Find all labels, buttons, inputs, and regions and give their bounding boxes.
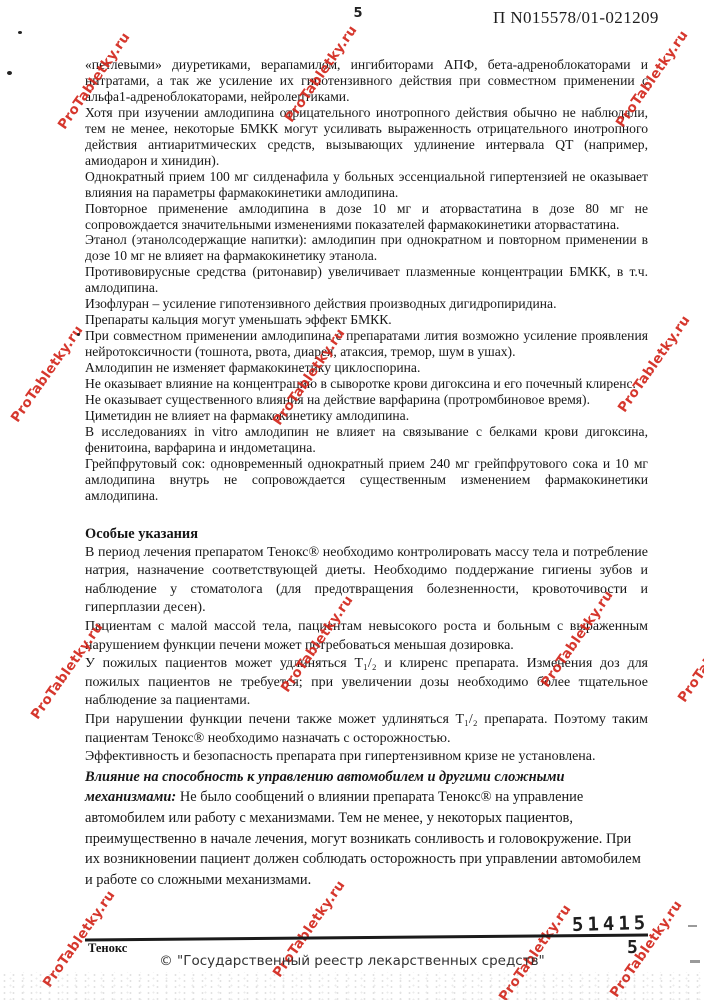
paragraph: Пациентам с малой массой тела, пациентам… (85, 618, 648, 655)
watermark: ProTabletky.ru (675, 603, 704, 706)
handwritten-number-top: 51415 (572, 912, 650, 936)
footer-rule (85, 934, 648, 941)
paragraph: Не оказывает существенного влияния на де… (85, 392, 648, 408)
paragraph: Не оказывает влияние на концентрацию в с… (85, 376, 648, 392)
driving-ability-section: Влияние на способность к управлению авто… (85, 767, 648, 891)
scan-speck (18, 31, 22, 34)
paragraph: У пожилых пациентов может удлиняться T₁/… (85, 655, 648, 711)
scan-mark (688, 925, 697, 927)
paragraph: Амлодипин не изменяет фармакокинетику ци… (85, 360, 648, 376)
paragraph: Однократный прием 100 мг силденафила у б… (85, 169, 648, 201)
paragraph: В исследованиях in vitro амлодипин не вл… (85, 424, 648, 456)
special-instructions-section: Особые указания В период лечения препара… (85, 525, 648, 767)
scan-mark (690, 960, 700, 963)
registration-number: П N015578/01-021209 (493, 8, 659, 28)
paragraph: Циметидин не влияет на фармакокинетику а… (85, 408, 648, 424)
watermark: ProTabletky.ru (8, 323, 87, 426)
paragraph: Изофлуран – усиление гипотензивного дейс… (85, 296, 648, 312)
paragraph: «петлевыми» диуретиками, верапамилом, ин… (85, 57, 648, 105)
paragraph: Этанол (этанолсодержащие напитки): амлод… (85, 232, 648, 264)
paragraph: Грейпфрутовый сок: одновременный однокра… (85, 456, 648, 504)
footer-copyright: © "Государственный реестр лекарственных … (0, 953, 704, 969)
paragraph: В период лечения препаратом Тенокс® необ… (85, 544, 648, 618)
paragraph: Эффективность и безопасность препарата п… (85, 748, 648, 767)
scan-speck (77, 333, 80, 336)
section-heading: Особые указания (85, 525, 648, 544)
scan-noise-band (0, 972, 704, 1000)
document-page: 5 П N015578/01-021209 «петлевыми» диурет… (0, 0, 704, 1000)
page-number: 5 (338, 6, 378, 21)
interactions-section: «петлевыми» диуретиками, верапамилом, ин… (85, 57, 648, 504)
paragraph: Хотя при изучении амлодипина отрицательн… (85, 105, 648, 169)
paragraph: Повторное применение амлодипина в дозе 1… (85, 201, 648, 233)
paragraph: Препараты кальция могут уменьшать эффект… (85, 312, 648, 328)
paragraph: При нарушении функции печени также может… (85, 711, 648, 748)
paragraph: Противовирусные средства (ритонавир) уве… (85, 264, 648, 296)
document-body: «петлевыми» диуретиками, верапамилом, ин… (85, 57, 648, 890)
scan-speck (7, 71, 12, 75)
paragraph: При совместном применении амлодипина с п… (85, 328, 648, 360)
